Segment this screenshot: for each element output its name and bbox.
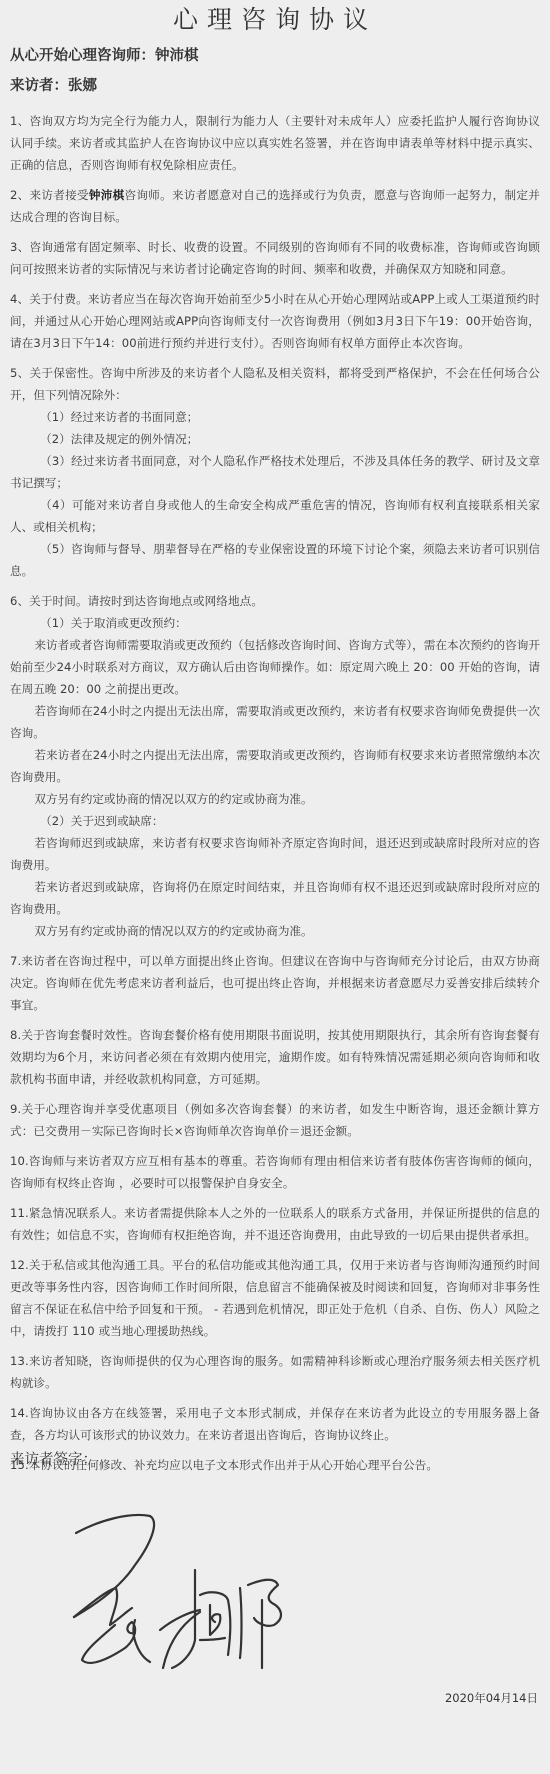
- clause-6-part1-para: 来访者或者咨询师需要取消或更改预约（包括修改咨询时间、咨询方式等），需在本次预约…: [10, 634, 540, 700]
- clause-6-part2-para: 若来访者迟到或缺席，咨询将仍在原定时间结束，并且咨询师有权不退还迟到或缺席时段所…: [10, 876, 540, 920]
- clause-12: 12.关于私信或其他沟通工具。平台的私信功能或其他沟通工具，仅用于来访者与咨询师…: [10, 1254, 540, 1342]
- clause-10: 10.咨询师与来访者双方应互相有基本的尊重。若咨询师有理由相信来访者有肢体伤害咨…: [10, 1150, 540, 1194]
- clause-5-item: （3）经过来访者书面同意，对个人隐私作严格技术处理后，不涉及具体任务的教学、研讨…: [10, 450, 540, 494]
- signature-label: 来访者签字：: [10, 1448, 97, 1469]
- clause-6-part1-title: （1）关于取消或更改预约：: [10, 612, 540, 634]
- clause-5-item: （1）经过来访者的书面同意；: [10, 406, 540, 428]
- visitor-line: 来访者：张娜: [10, 74, 540, 104]
- document-title: 心理咨询协议: [10, 0, 540, 44]
- clauses-list: 1、咨询双方均为完全行为能力人，限制行为能力人（主要针对未成年人）应委托监护人履…: [10, 110, 540, 1476]
- agreement-page: 心理咨询协议 从心开始心理咨询师：钟沛棋 来访者：张娜 1、咨询双方均为完全行为…: [0, 0, 550, 1774]
- clause-5-item: （2）法律及规定的例外情况；: [10, 428, 540, 450]
- clause-6-part1-para: 若咨询师在24小时之内提出无法出席，需要取消或更改预约，来访者有权要求咨询师免费…: [10, 700, 540, 744]
- clause-14: 14.咨询协议由各方在线签署，采用电子文本形式制成，并保存在来访者为此设立的专用…: [10, 1402, 540, 1446]
- clause-2: 2、来访者接受钟沛棋咨询师。来访者愿意对自己的选择或行为负责，愿意与咨询师一起努…: [10, 184, 540, 228]
- clause-6-part1-para: 双方另有约定或协商的情况以双方的约定或协商为准。: [10, 788, 540, 810]
- clause-8: 8.关于咨询套餐时效性。咨询套餐价格有使用期限书面说明，按其使用期限执行，其余所…: [10, 1024, 540, 1090]
- clause-2-counselor-name: 钟沛棋: [89, 188, 125, 202]
- clause-7: 7.来访者在咨询过程中，可以单方面提出终止咨询。但建议在咨询中与咨询师充分讨论后…: [10, 950, 540, 1016]
- clause-4: 4、关于付费。来访者应当在每次咨询开始前至少5小时在从心开始心理网站或APP上或…: [10, 288, 540, 354]
- clause-6-part1-para: 若来访者在24小时之内提出无法出席，需要取消或更改预约，咨询师有权要求来访者照常…: [10, 744, 540, 788]
- clause-6-intro: 6、关于时间。请按时到达咨询地点或网络地点。: [10, 590, 540, 612]
- visitor-name: 张娜: [68, 78, 97, 94]
- clause-6: 6、关于时间。请按时到达咨询地点或网络地点。 （1）关于取消或更改预约： 来访者…: [10, 590, 540, 942]
- clause-3: 3、咨询通常有固定频率、时长、收费的设置。不同级别的咨询师有不同的收费标准，咨询…: [10, 236, 540, 280]
- clause-6-part2-para: 若咨询师迟到或缺席，来访者有权要求咨询师补齐原定咨询时间，退还迟到或缺席时段所对…: [10, 832, 540, 876]
- handwritten-signature-image: [60, 1500, 300, 1680]
- clause-5-item: （4）可能对来访者自身或他人的生命安全构成严重危害的情况，咨询师有权利直接联系相…: [10, 494, 540, 538]
- clause-5: 5、关于保密性。咨询中所涉及的来访者个人隐私及相关资料，都将受到严格保护，不会在…: [10, 362, 540, 582]
- counselor-line: 从心开始心理咨询师：钟沛棋: [10, 44, 540, 74]
- clause-9: 9.关于心理咨询并享受优惠项目（例如多次咨询套餐）的来访者，如发生中断咨询，退还…: [10, 1098, 540, 1142]
- clause-6-part2-para: 双方另有约定或协商的情况以双方的约定或协商为准。: [10, 920, 540, 942]
- clause-5-item: （5）咨询师与督导、朋辈督导在严格的专业保密设置的环境下讨论个案，须隐去来访者可…: [10, 538, 540, 582]
- clause-11: 11.紧急情况联系人。来访者需提供除本人之外的一位联系人的联系方式备用，并保证所…: [10, 1202, 540, 1246]
- clause-6-part2-title: （2）关于迟到或缺席：: [10, 810, 540, 832]
- clause-2-prefix: 2、来访者接受: [10, 188, 89, 202]
- clause-13: 13.来访者知晓，咨询师提供的仅为心理咨询的服务。如需精神科诊断或心理治疗服务须…: [10, 1350, 540, 1394]
- clause-5-intro: 5、关于保密性。咨询中所涉及的来访者个人隐私及相关资料，都将受到严格保护，不会在…: [10, 362, 540, 406]
- visitor-label: 来访者：: [10, 78, 68, 94]
- counselor-label: 从心开始心理咨询师：: [10, 48, 155, 64]
- counselor-name: 钟沛棋: [155, 48, 199, 64]
- signature-date: 2020年04月14日: [445, 1690, 538, 1706]
- clause-1: 1、咨询双方均为完全行为能力人，限制行为能力人（主要针对未成年人）应委托监护人履…: [10, 110, 540, 176]
